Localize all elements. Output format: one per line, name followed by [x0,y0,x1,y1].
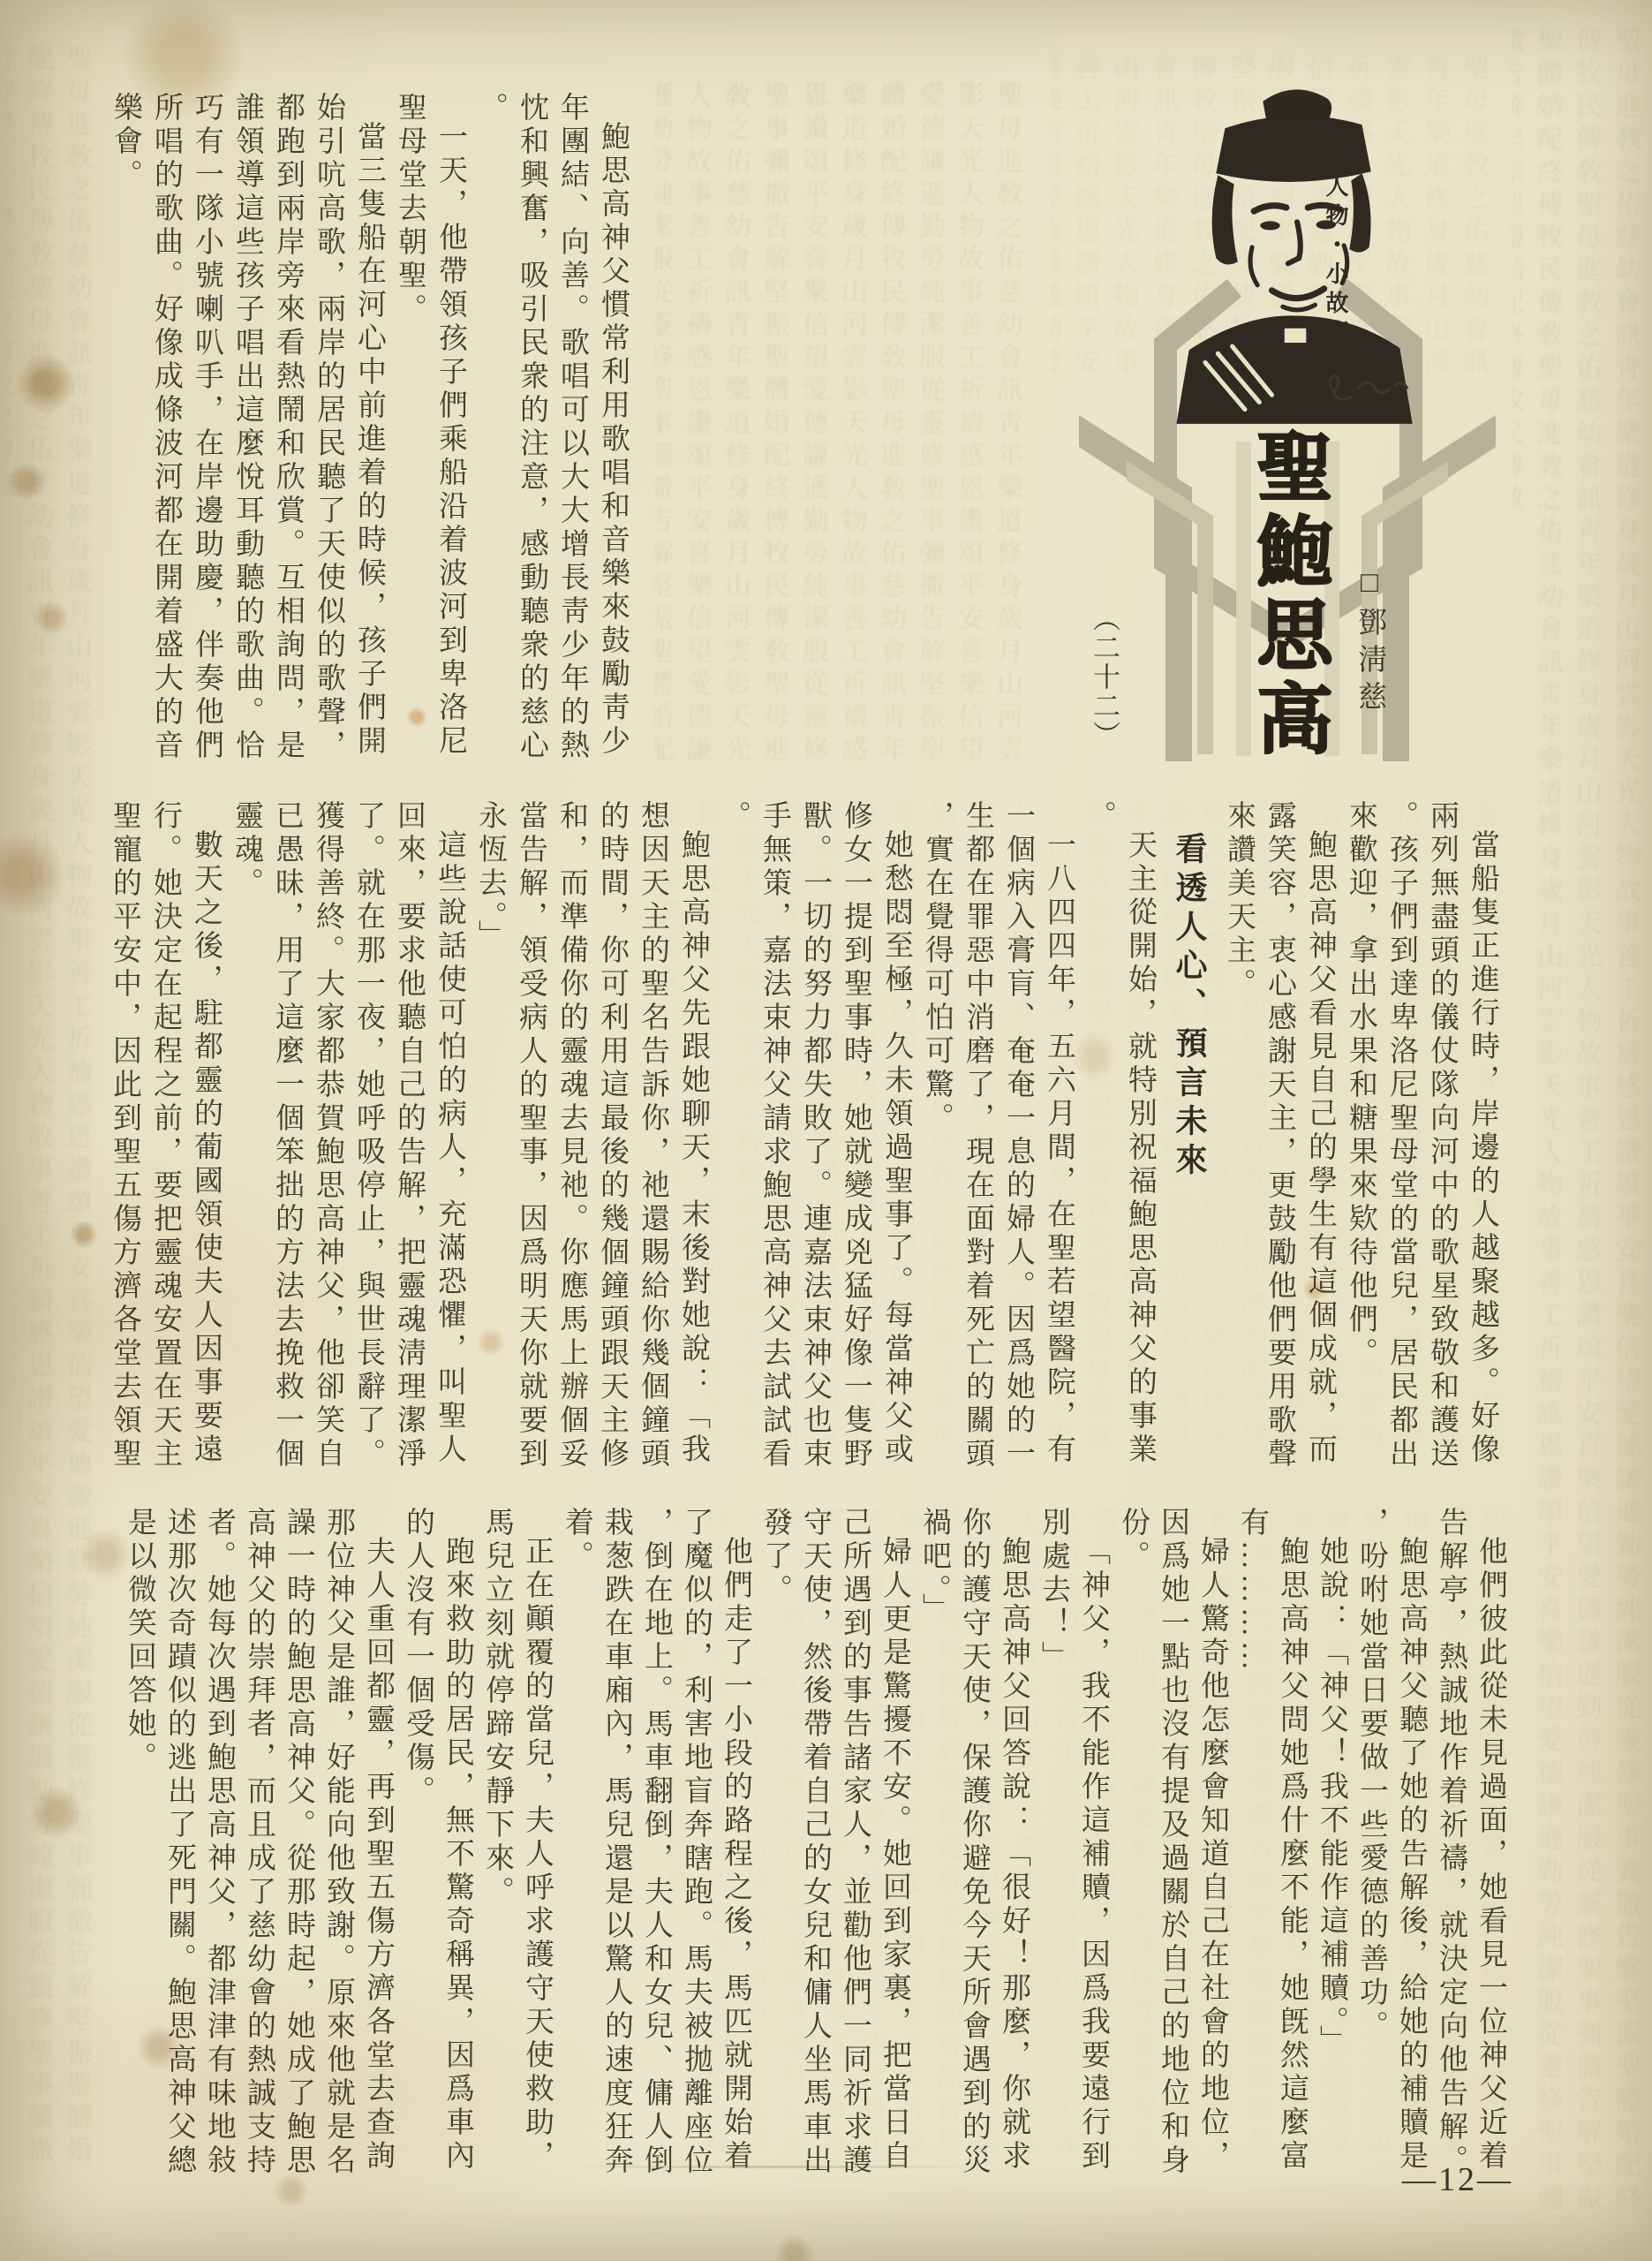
text-flow: 鮑思高神父慣常利用歌唱和音樂來鼓勵靑少年團結、向善。歌唱可以大大增長靑少年的熱忱… [105,92,633,774]
author-prefix-mark: □ [1354,567,1385,607]
section-headline: 看透人心、預言未來 [1169,800,1210,1482]
paragraph: 當三隻船在河心中前進着的時候，孩子們開始引吭高歌，兩岸的居民聽了天使似的歌聲，都… [105,92,389,774]
top-text-band: 鮑思高神父慣常利用歌唱和音樂來鼓勵靑少年團結、向善。歌唱可以大大增長靑少年的熱忱… [103,92,633,774]
paragraph: 鮑思高神父慣常利用歌唱和音樂來鼓勵靑少年團結、向善。歌唱可以大大增長靑少年的熱忱… [471,92,633,774]
paragraph: 「神父，我不能作這補贖，因爲我要遠行到別處去！」 [1033,1507,1113,2183]
paragraph: 正在顚覆的當兒，夫人呼求護守天使救助，馬兒立刻就停蹄安靜下來。 [477,1507,556,2183]
crease-line [565,2166,980,2168]
article-title: 聖鮑思高 [1241,427,1335,777]
paragraph: 當船隻正進行時，岸邊的人越聚越多。好像兩列無盡頭的儀仗隊向河中的歌星致敬和護送。… [1340,800,1503,1482]
paragraph: 鮑思高神父聽了她的告解後，給她的補贖是，吩咐她當日要做一些愛德的善功。 [1351,1507,1430,2183]
paragraph: 一天，他帶領孩子們乘船沿着波河到卑洛尼聖母堂去朝聖。 [389,92,471,774]
bleedthrough-text: 聖母進敎之佑慈幼會訊靑年樂道修身歲月山河雲影天光人物故事善工祈禱感恩讚頌平安喜樂… [655,81,1026,779]
paragraph: 他們彼此從未見過面，她看見一位神父近着告解亭，熱誠地作着祈禱，就決定向他告解。 [1430,1507,1510,2183]
bottom-text-band: 他們彼此從未見過面，她看見一位神父近着告解亭，熱誠地作着祈禱，就決定向他告解。鮑… [111,1507,1510,2183]
middle-text-band: 當船隻正進行時，岸邊的人越聚越多。好像兩列無盡頭的儀仗隊向河中的歌星致敬和護送。… [108,800,1503,1482]
page-number: —12— [1402,2160,1513,2199]
paragraph: 他們走了一小段的路程之後，馬匹就開始着了魔似的，利害地盲奔瞎跑。馬夫被拋離座位，… [556,1507,755,2183]
text-flow: 當船隻正進行時，岸邊的人越聚越多。好像兩列無盡頭的儀仗隊向河中的歌星致敬和護送。… [1218,800,1503,1482]
series-label: 大人物・小故事 [1319,145,1352,392]
paragraph: 這些說話使可怕的病人，充滿恐懼，叫聖人回來，要求他聽自己的告解，把靈魂淸理潔淨了… [226,800,470,1482]
paragraph: 鮑思高神父回答說：「很好！那麼，你就求你的護守天使，保護你避免今天所會遇到的災禍… [914,1507,1033,2183]
author-name: 鄧淸慈 [1354,607,1385,718]
paragraph: 一八四四年，五六月間，在聖若望醫院，有一個病入膏肓、奄奄一息的婦人。因爲她的一生… [917,800,1079,1482]
paragraph: 夫人重回都靈，再到聖五傷方濟各堂去查詢那位神父是誰，好能向他致謝。原來他就是名譟… [119,1507,397,2183]
paragraph: 鮑思高神父問她爲什麼不能，她旣然這麼富有………… [1232,1507,1311,2183]
text-flow: 天主從開始，就特別祝福鮑思高神父的事業。一八四四年，五六月間，在聖若望醫院，有一… [108,800,1160,1482]
bleedthrough-text: 聖母進敎之佑慈幼會訊靑年樂道修身歲月山河雲影天光人物故事善工祈禱感恩讚頌平安喜樂… [5,44,95,2182]
text-flow: 他們彼此從未見過面，她看見一位神父近着告解亭，熱誠地作着祈禱，就決定向他告解。鮑… [119,1507,1510,2183]
paragraph: 跑來救助的居民，無不驚奇稱異，因爲車內的人沒有一個受傷。 [397,1507,477,2183]
magazine-page-scan: 聖母進敎之佑慈幼會訊靑年樂道修身歲月山河雲影天光人物故事善工祈禱感恩讚頌平安喜樂… [0,0,1652,2261]
don-bosco-portrait-illustration [1158,74,1429,426]
paragraph: 天主從開始，就特別祝福鮑思高神父的事業。 [1079,800,1160,1482]
paragraph: 鮑思高神父看見自己的學生有這個成就，而露笑容，衷心感謝天主，更鼓勵他們要用歌聲來… [1218,800,1340,1482]
author-byline: □鄧淸慈 [1349,567,1391,761]
paragraph: 鮑思高神父先跟她聊天，末後對她說：「我想因天主的聖名告訴你，祂還賜給你幾個鐘頭的… [470,800,713,1482]
paragraph: 婦人驚奇他怎麼會知道自己在社會的地位，因爲她一點也沒有提及過關於自己的地位和身份… [1113,1507,1232,2183]
paragraph: 婦人更是驚擾不安。她回到家裏，把當日自己所遇到的事告諸家人，並勸他們一同祈求護守… [755,1507,914,2183]
paragraph: 數天之後，駐都靈的葡國領使夫人因事要遠行。她決定在起程之前，要把靈魂安置在天主聖… [108,800,226,1482]
installment-number: （二十二） [1084,604,1124,781]
bleedthrough-text: 聖母進敎之佑慈幼會訊靑年樂道修身歲月山河雲影天光人物故事善工祈禱感恩讚頌平安喜樂… [1512,26,1644,2217]
paragraph: 她說：「神父！我不能作這補贖。」 [1311,1507,1351,2183]
paragraph: 她愁悶至極，久未領過聖事了。每當神父或修女一提到聖事時，她就變成兇猛好像一隻野獸… [713,800,917,1482]
